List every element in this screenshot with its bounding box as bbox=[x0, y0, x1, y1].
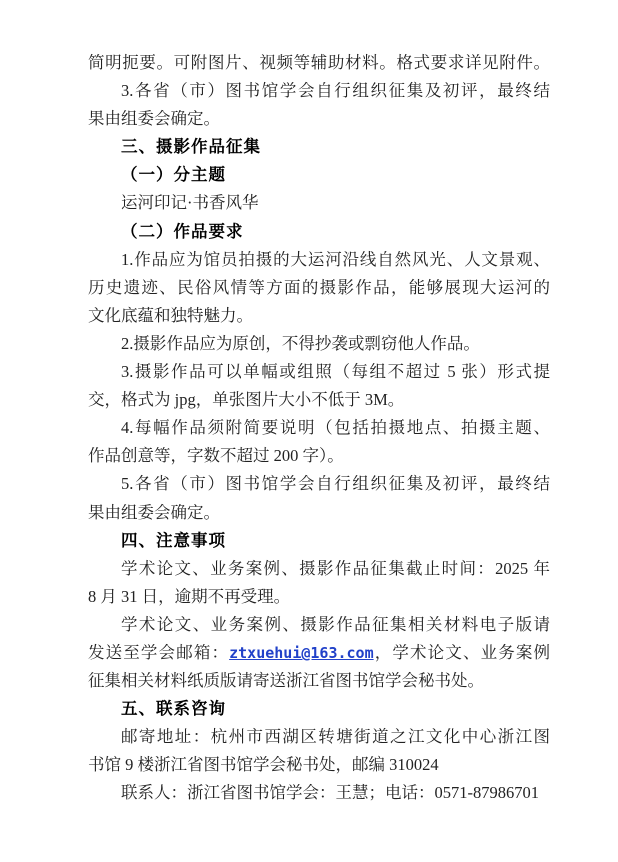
materials-line-2: 发送至学会邮箱：ztxuehui@163.com，学术论文、业务案例 bbox=[88, 639, 550, 667]
req-2-line: 2.摄影作品应为原创，不得抄袭或剽窃他人作品。 bbox=[88, 330, 550, 358]
address-line-1: 邮寄地址：杭州市西湖区转塘街道之江文化中心浙江图 bbox=[88, 723, 550, 751]
org-collect-line-1: 3.各省（市）图书馆学会自行组织征集及初评，最终结 bbox=[88, 77, 550, 105]
heading-contact: 五、联系咨询 bbox=[88, 695, 550, 723]
req-1-line-3: 文化底蕴和独特魅力。 bbox=[88, 302, 550, 330]
document-page: 简明扼要。可附图片、视频等辅助材料。格式要求详见附件。 3.各省（市）图书馆学会… bbox=[0, 0, 618, 862]
deadline-line-2: 8 月 31 日，逾期不再受理。 bbox=[88, 583, 550, 611]
req-5-line-1: 5.各省（市）图书馆学会自行组织征集及初评，最终结 bbox=[88, 470, 550, 498]
heading-work-requirements: （二）作品要求 bbox=[88, 218, 550, 246]
req-1-line-1: 1.作品应为馆员拍摄的大运河沿线自然风光、人文景观、 bbox=[88, 246, 550, 274]
req-3-line-1: 3.摄影作品可以单幅或组照（每组不超过 5 张）形式提 bbox=[88, 358, 550, 386]
email-suffix: ，学术论文、业务案例 bbox=[374, 643, 550, 662]
heading-sub-theme: （一）分主题 bbox=[88, 161, 550, 189]
heading-notes: 四、注意事项 bbox=[88, 527, 550, 555]
req-1-line-2: 历史遗迹、民俗风情等方面的摄影作品，能够展现大运河的 bbox=[88, 274, 550, 302]
intro-tail-line: 简明扼要。可附图片、视频等辅助材料。格式要求详见附件。 bbox=[88, 49, 550, 77]
materials-line-1: 学术论文、业务案例、摄影作品征集相关材料电子版请 bbox=[88, 611, 550, 639]
contact-person-line: 联系人：浙江省图书馆学会：王慧；电话：0571-87986701 bbox=[88, 779, 550, 807]
theme-line: 运河印记·书香风华 bbox=[88, 189, 550, 217]
org-collect-line-2: 果由组委会确定。 bbox=[88, 105, 550, 133]
req-3-line-2: 交，格式为 jpg，单张图片大小不低于 3M。 bbox=[88, 386, 550, 414]
req-4-line-2: 作品创意等，字数不超过 200 字）。 bbox=[88, 442, 550, 470]
materials-line-3: 征集相关材料纸质版请寄送浙江省图书馆学会秘书处。 bbox=[88, 667, 550, 695]
req-5-line-2: 果由组委会确定。 bbox=[88, 499, 550, 527]
document-body: 简明扼要。可附图片、视频等辅助材料。格式要求详见附件。 3.各省（市）图书馆学会… bbox=[88, 49, 550, 808]
req-4-line-1: 4.每幅作品须附简要说明（包括拍摄地点、拍摄主题、 bbox=[88, 414, 550, 442]
address-line-2: 书馆 9 楼浙江省图书馆学会秘书处，邮编 310024 bbox=[88, 751, 550, 779]
heading-photography-collection: 三、摄影作品征集 bbox=[88, 133, 550, 161]
email-link[interactable]: ztxuehui@163.com bbox=[229, 644, 374, 662]
email-prefix: 发送至学会邮箱： bbox=[88, 643, 229, 662]
deadline-line-1: 学术论文、业务案例、摄影作品征集截止时间：2025 年 bbox=[88, 555, 550, 583]
